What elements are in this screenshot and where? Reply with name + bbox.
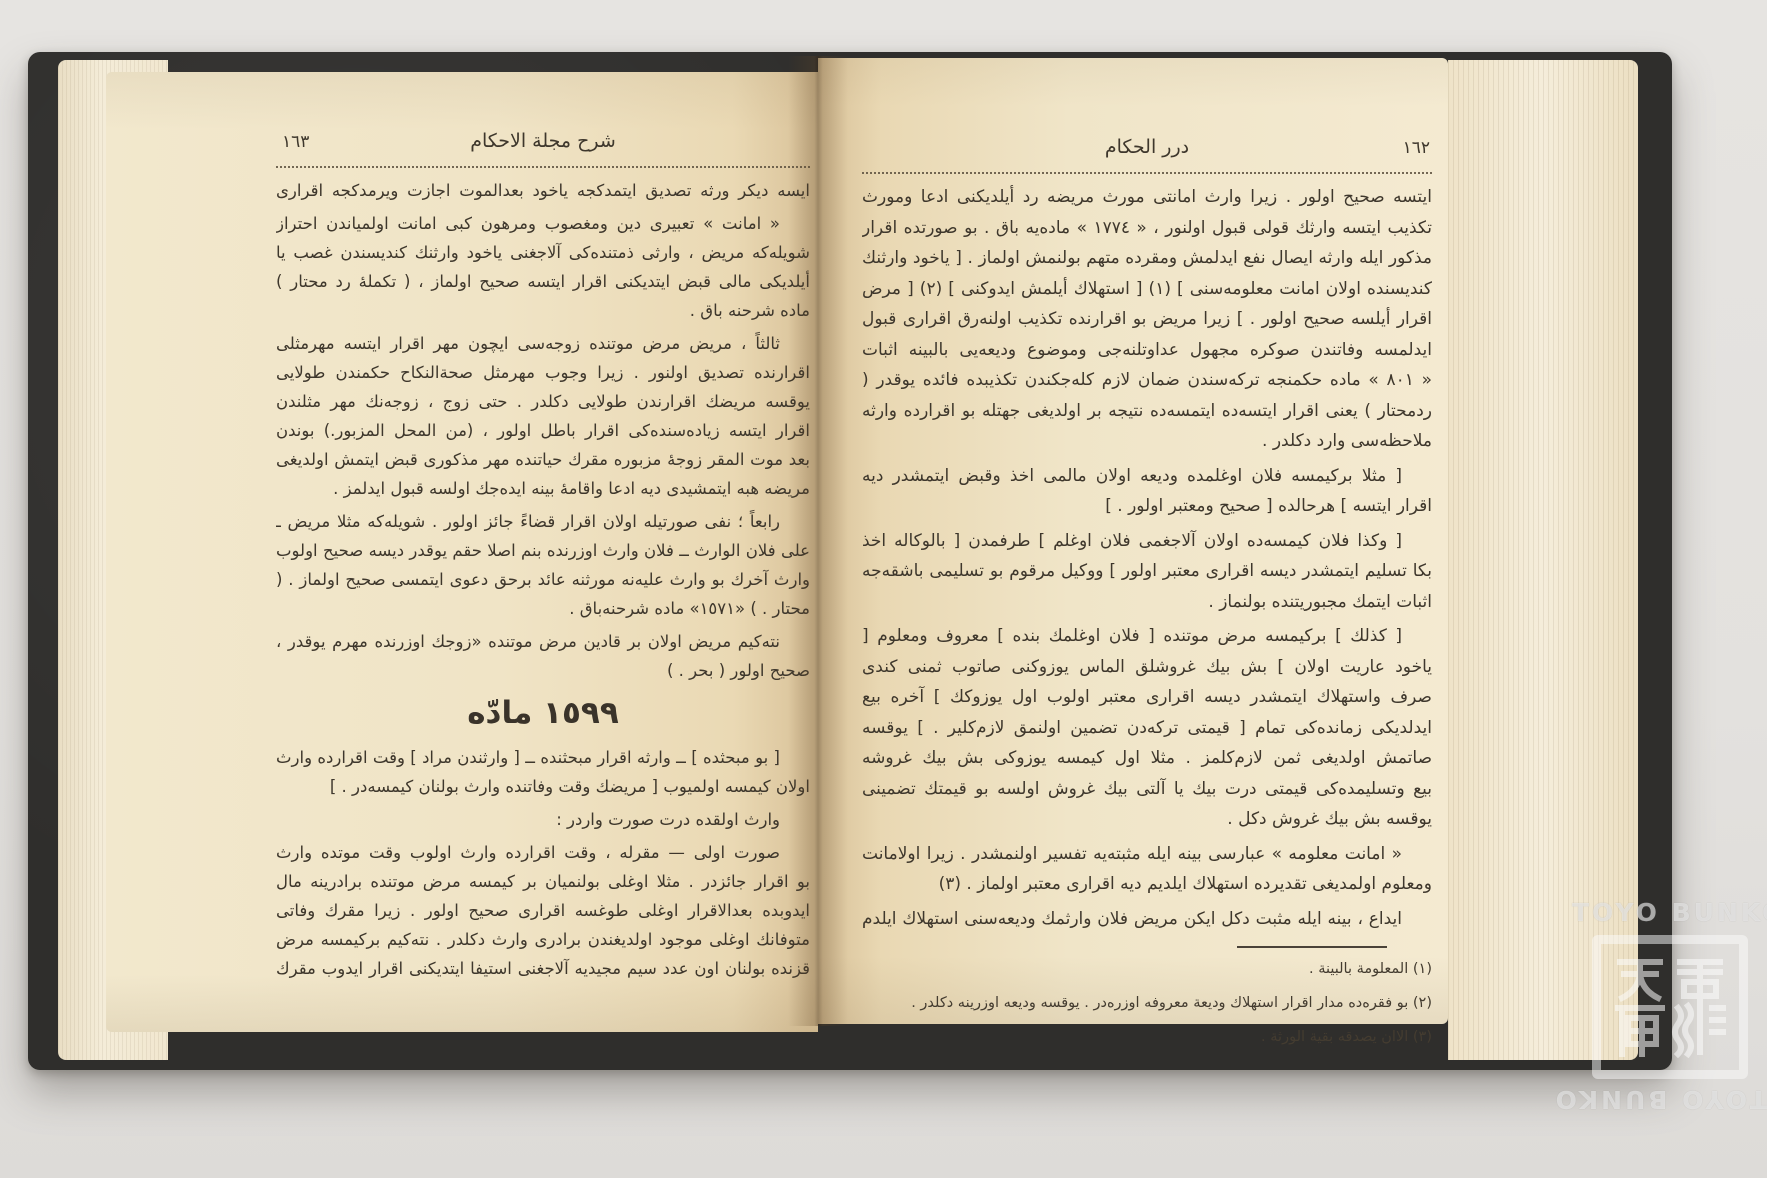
text-line: ايدلديكى زمانده‌كى تمام [ قيمتى تركه‌دن … [862, 713, 1432, 744]
text-line: ايداع ، بينه ايله مثبت دكل ايكن مريض فلا… [862, 904, 1432, 935]
left-header-rule [276, 166, 810, 168]
text-line: بيع وتسليمده‌كى قيمتى درت بيك يا آلتى بي… [862, 774, 1432, 805]
left-page-header: ١٦٣ شرح مجلة الاحكام [276, 130, 810, 164]
text-line: شويله‌كه مريض ، وارثى ذمتنده‌كى آلاجغنى … [276, 238, 810, 267]
text-line: [ مثلا بركيمسه فلان اوغلمده وديعه اولان … [862, 461, 1432, 492]
footnote-line: (٣) الاان يصدقه بقية الورثة . [862, 1020, 1432, 1054]
text-line: صرف واستهلاك ايتمشدر ديسه اقرارى معتبر ا… [862, 682, 1432, 713]
text-line: بكا تسليم ايتمشدر ديسه اقرارى معتبر اولو… [862, 556, 1432, 587]
text-line: صاتمش اولديغى ثمن لازم‌كلمز . مثلا اول ك… [862, 743, 1432, 774]
text-line: اقرارنده تصديق اولنور . زيرا وجوب مهرمثل… [276, 358, 810, 387]
text-line: كنديسنده اولان امانت معلومه‌سنى ] (١) [ … [862, 274, 1432, 305]
text-line: على فلان الوارث ــ فلان وارث اوزرنده بنم… [276, 536, 810, 565]
text-line: مريضه هبه ايتمشيدى ديه ادعا واقامهٔ بينه… [276, 474, 810, 503]
left-body-bottom: [ بو مبحثده ] ــ وارثه اقرار مبحثنده ــ … [276, 743, 810, 983]
right-page-header: ١٦٢ درر الحكام [862, 136, 1432, 170]
text-line: مذكور ايله وارثه ايصال نفع ايدلمش ومقرده… [862, 243, 1432, 274]
right-running-title: درر الحكام [862, 136, 1432, 158]
text-line: ياخود عاريت اولان ] بش بيك غروشلق الماس … [862, 652, 1432, 683]
photo-background: ١٦٣ شرح مجلة الاحكام ايسه ديكر ورثه تصدي… [0, 0, 1767, 1178]
text-line: « ٨٠١ » ماده حكمنجه تركه‌سندن ضمان لازم … [862, 365, 1432, 396]
left-running-title: شرح مجلة الاحكام [276, 130, 810, 152]
text-line: ثالثاً ، مريض مرض موتنده زوجه‌سى ايچون م… [276, 329, 810, 358]
text-line: [ كذلك ] بركيمسه مرض موتنده [ فلان اوغلم… [862, 621, 1432, 652]
text-line: قزنده بولنان اون عدد سيم مجيديه آلاجغنى … [276, 954, 810, 983]
right-page-edges [1448, 60, 1638, 1060]
footnotes: (١) المعلومة بالبينة .(٢) بو فقره‌ده مدا… [862, 952, 1432, 1054]
text-line: ايدلمسه وفاتندن صوكره مجهول عداوتلنه‌جى … [862, 335, 1432, 366]
text-line: ومعلوم اولمديغى تقديرده استهلاك ايلديم د… [862, 869, 1432, 900]
left-body-top: ايسه ديكر ورثه تصديق ايتمدكجه ياخود بعدا… [276, 176, 810, 685]
text-line: أيلديكى مالى قبض ايتديكنى اقرار ايتسه صح… [276, 267, 810, 296]
watermark-text-bottom: TOYO BUNKO [1572, 1085, 1767, 1114]
right-page: ١٦٢ درر الحكام ايتسه صحيح اولور . زيرا و… [818, 58, 1448, 1024]
right-page-text-column: ١٦٢ درر الحكام ايتسه صحيح اولور . زيرا و… [862, 136, 1432, 1054]
text-line: اقرار أيلسه صحيح اولور . ] زيرا مريض بو … [862, 304, 1432, 335]
text-line: بو اقرار جائزدر . مثلا اوغلى بولنميان بر… [276, 867, 810, 896]
text-line: نته‌كيم مريض اولان بر قادين مرض موتنده «… [276, 627, 810, 656]
text-line: وارث آخرك بو وارث عليه‌نه مورثنه عائد بر… [276, 565, 810, 594]
footnote-line: (٢) بو فقره‌ده مدار اقرار استهلاك وديعة … [862, 986, 1432, 1020]
text-line: صحيح اولور ( بحر . ) [276, 656, 810, 685]
left-page-text-column: ١٦٣ شرح مجلة الاحكام ايسه ديكر ورثه تصدي… [276, 130, 810, 983]
text-line: اولان كيمسه اولميوب [ مريضك وقت وفاتنده … [276, 772, 810, 801]
text-line: اثبات ايتمك مجبوريتنده بولنماز . [862, 587, 1432, 618]
text-line: ماده شرحنه باق . [276, 296, 810, 325]
text-line: صورت اولى — مقرله ، وقت اقرارده وارث اول… [276, 838, 810, 867]
text-line: « امانت » تعبيرى دين ومغصوب ومرهون كبى ا… [276, 209, 810, 238]
text-line: محتار . ) «١٥٧١» ماده شرحنه‌باق . [276, 594, 810, 623]
text-line: رابعاً ؛ نفى صورتيله اولان اقرار قضاءً ج… [276, 507, 810, 536]
text-line: [ بو مبحثده ] ــ وارثه اقرار مبحثنده ــ … [276, 743, 810, 772]
text-line: بعد موت المقر زوجهٔ مزبوره مقرك حياتنده … [276, 445, 810, 474]
footnote-rule [1237, 946, 1387, 948]
text-line: ردمحتار ) يعنى اقرار ايتسه‌ده ايتمسه‌ده … [862, 396, 1432, 427]
text-line: متوفانك اوغلى موجود اولديغندن برادرى وار… [276, 925, 810, 954]
text-line: ايتسه صحيح اولور . زيرا وارث امانتى مورث… [862, 182, 1432, 213]
left-page-number: ١٦٣ [282, 132, 309, 152]
text-line: وارث اولقده درت صورت واردر : [276, 805, 810, 834]
text-line: يوقسه مريضك اقرارندن طولايى دكلدر . حتى … [276, 387, 810, 416]
text-line: تكذيب ايتسه وارثك قولى قبول اولنور ، « ١… [862, 213, 1432, 244]
text-line: [ وكذا فلان كيمسه‌ده اولان آلاجغمى فلان … [862, 526, 1432, 557]
text-line: اقرار ايتسه ] هرحالده [ صحيح ومعتبر اولو… [862, 491, 1432, 522]
text-line: ايدوبده بعدالاقرار اوغلى طوغسه اقرارى صح… [276, 896, 810, 925]
article-heading-1599: ١٥٩٩ مادّه [276, 695, 810, 731]
text-line: ايسه ديكر ورثه تصديق ايتمدكجه ياخود بعدا… [276, 176, 810, 205]
left-page: ١٦٣ شرح مجلة الاحكام ايسه ديكر ورثه تصدي… [106, 72, 818, 1032]
text-line: يوقسه بش بيك غروش دكل . [862, 804, 1432, 835]
text-line: ملاحظه‌سى وارد دكلدر . [862, 426, 1432, 457]
footnote-line: (١) المعلومة بالبينة . [862, 952, 1432, 986]
text-line: « امانت معلومه » عبارسى بينه ايله مثبته‌… [862, 839, 1432, 870]
right-body: ايتسه صحيح اولور . زيرا وارث امانتى مورث… [862, 182, 1432, 934]
text-line: اقرار ايتسه زياده‌سنده‌كى اقرار باطل اول… [276, 416, 810, 445]
right-header-rule [862, 172, 1432, 174]
right-page-number: ١٦٢ [1403, 138, 1430, 158]
